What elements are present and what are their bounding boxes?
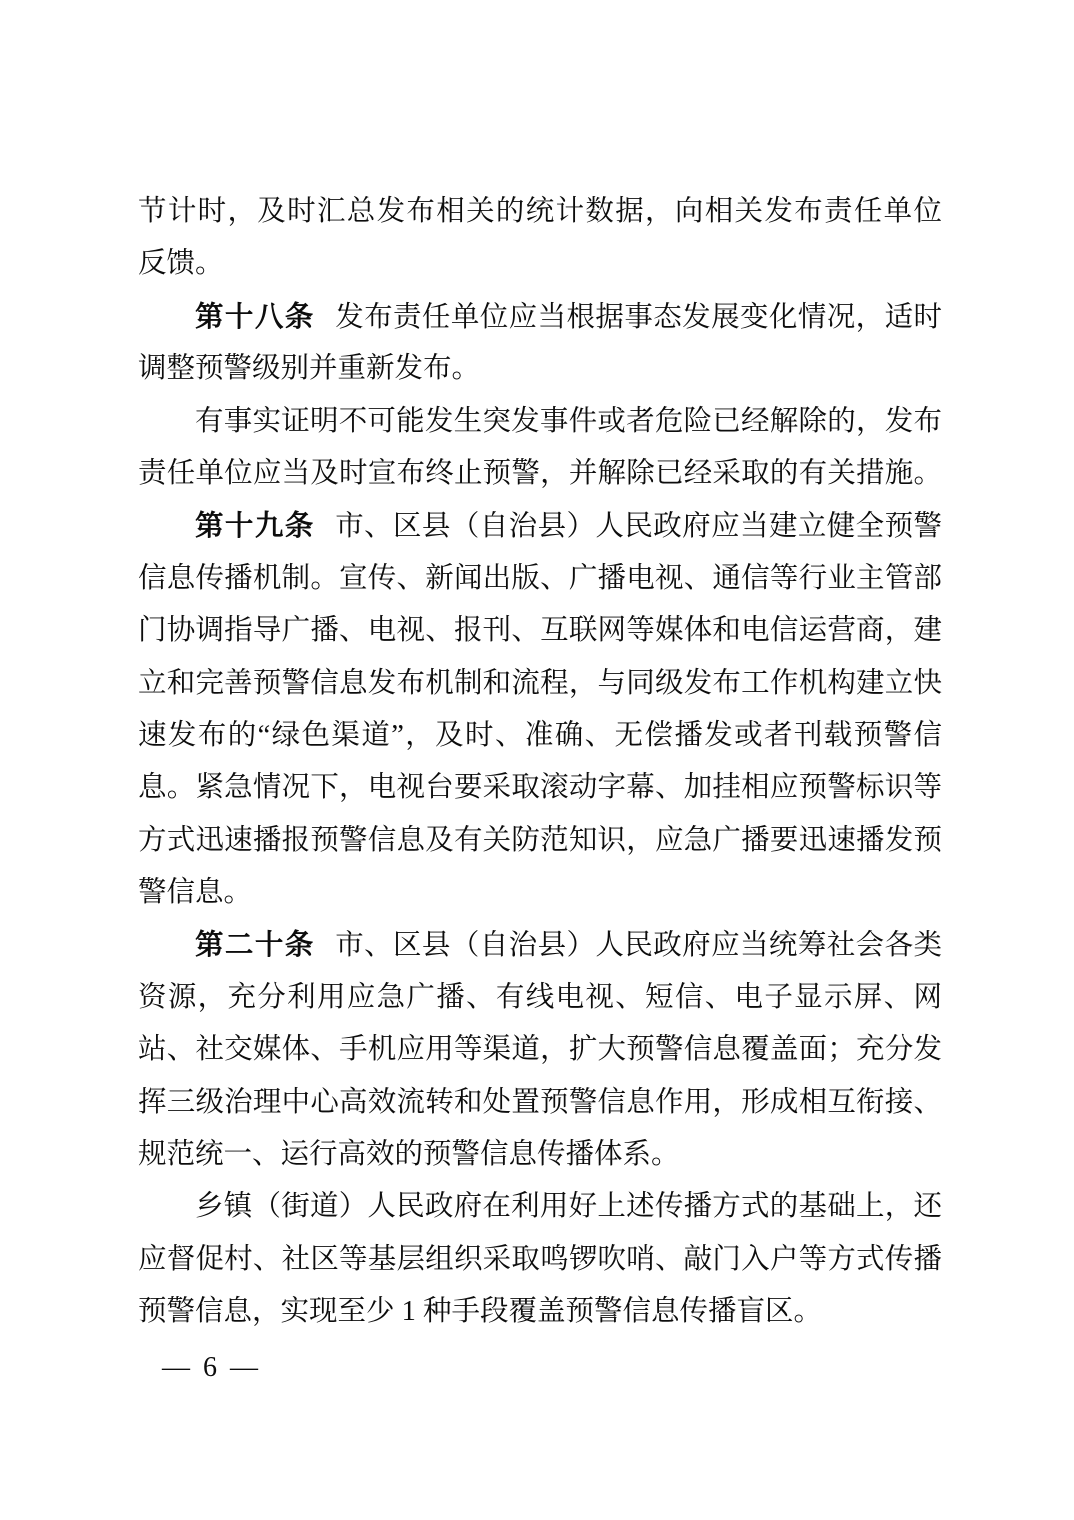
document-line: 预警信息，实现至少 1 种手段覆盖预警信息传播盲区。 bbox=[138, 1286, 942, 1338]
document-line: 信息传播机制。宣传、新闻出版、广播电视、通信等行业主管部 bbox=[138, 553, 942, 605]
document-line-article-19: 第十九条市、区县（自治县）人民政府应当建立健全预警 bbox=[138, 500, 942, 552]
article-18-heading: 第十八条 bbox=[195, 301, 315, 333]
document-line-article-20: 第二十条市、区县（自治县）人民政府应当统筹社会各类 bbox=[138, 919, 942, 971]
page-number: — 6 — bbox=[162, 1352, 261, 1384]
document-line: 警信息。 bbox=[138, 867, 942, 919]
article-20-heading: 第二十条 bbox=[195, 929, 315, 961]
document-line: 方式迅速播报预警信息及有关防范知识，应急广播要迅速播发预 bbox=[138, 815, 942, 867]
document-line: 门协调指导广播、电视、报刊、互联网等媒体和电信运营商，建 bbox=[138, 605, 942, 657]
line-text: 方式迅速播报预警信息及有关防范知识，应急广播要迅速播发预 bbox=[138, 825, 942, 856]
line-text: 发布责任单位应当根据事态发展变化情况，适时 bbox=[335, 302, 942, 333]
line-text: 站、社交媒体、手机应用等渠道，扩大预警信息覆盖面；充分发 bbox=[138, 1034, 942, 1065]
line-text: 警信息。 bbox=[138, 877, 252, 908]
line-text: 反馈。 bbox=[138, 248, 224, 279]
line-text: 市、区县（自治县）人民政府应当建立健全预警 bbox=[335, 511, 942, 542]
line-text: 速发布的“绿色渠道”，及时、准确、无偿播发或者刊载预警信 bbox=[138, 720, 942, 751]
document-page: 节计时，及时汇总发布相关的统计数据，向相关发布责任单位 反馈。 第十八条发布责任… bbox=[0, 0, 1074, 1520]
line-text: 挥三级治理中心高效流转和处置预警信息作用，形成相互衔接、 bbox=[138, 1087, 942, 1118]
article-19-heading: 第十九条 bbox=[195, 510, 315, 542]
line-text: 规范统一、运行高效的预警信息传播体系。 bbox=[138, 1139, 680, 1170]
line-text: 责任单位应当及时宣布终止预警，并解除已经采取的有关措施。 bbox=[138, 458, 942, 489]
document-line: 立和完善预警信息发布机制和流程，与同级发布工作机构建立快 bbox=[138, 658, 942, 710]
document-line: 速发布的“绿色渠道”，及时、准确、无偿播发或者刊载预警信 bbox=[138, 710, 942, 762]
line-text: 资源，充分利用应急广播、有线电视、短信、电子显示屏、网 bbox=[138, 982, 942, 1013]
document-body: 节计时，及时汇总发布相关的统计数据，向相关发布责任单位 反馈。 第十八条发布责任… bbox=[138, 186, 942, 1339]
line-text: 预警信息，实现至少 1 种手段覆盖预警信息传播盲区。 bbox=[138, 1296, 822, 1327]
line-text: 应督促村、社区等基层组织采取鸣锣吹哨、敲门入户等方式传播 bbox=[138, 1244, 942, 1275]
line-text: 息。紧急情况下，电视台要采取滚动字幕、加挂相应预警标识等 bbox=[138, 772, 942, 803]
page-number-label: — 6 — bbox=[162, 1352, 261, 1383]
document-line: 应督促村、社区等基层组织采取鸣锣吹哨、敲门入户等方式传播 bbox=[138, 1234, 942, 1286]
line-text: 立和完善预警信息发布机制和流程，与同级发布工作机构建立快 bbox=[138, 668, 942, 699]
line-text: 市、区县（自治县）人民政府应当统筹社会各类 bbox=[335, 930, 942, 961]
document-line: 责任单位应当及时宣布终止预警，并解除已经采取的有关措施。 bbox=[138, 448, 942, 500]
document-line: 资源，充分利用应急广播、有线电视、短信、电子显示屏、网 bbox=[138, 972, 942, 1024]
document-line: 规范统一、运行高效的预警信息传播体系。 bbox=[138, 1129, 942, 1181]
document-line: 息。紧急情况下，电视台要采取滚动字幕、加挂相应预警标识等 bbox=[138, 762, 942, 814]
line-text: 信息传播机制。宣传、新闻出版、广播电视、通信等行业主管部 bbox=[138, 563, 942, 594]
line-text: 有事实证明不可能发生突发事件或者危险已经解除的，发布 bbox=[195, 406, 942, 437]
document-line: 站、社交媒体、手机应用等渠道，扩大预警信息覆盖面；充分发 bbox=[138, 1024, 942, 1076]
document-line-article-18: 第十八条发布责任单位应当根据事态发展变化情况，适时 bbox=[138, 291, 942, 343]
line-text: 乡镇（街道）人民政府在利用好上述传播方式的基础上，还 bbox=[195, 1191, 942, 1222]
document-line: 有事实证明不可能发生突发事件或者危险已经解除的，发布 bbox=[138, 396, 942, 448]
document-line: 乡镇（街道）人民政府在利用好上述传播方式的基础上，还 bbox=[138, 1181, 942, 1233]
document-line: 挥三级治理中心高效流转和处置预警信息作用，形成相互衔接、 bbox=[138, 1077, 942, 1129]
document-line: 调整预警级别并重新发布。 bbox=[138, 343, 942, 395]
document-line: 反馈。 bbox=[138, 238, 942, 290]
document-line: 节计时，及时汇总发布相关的统计数据，向相关发布责任单位 bbox=[138, 186, 942, 238]
line-text: 调整预警级别并重新发布。 bbox=[138, 353, 480, 384]
line-text: 节计时，及时汇总发布相关的统计数据，向相关发布责任单位 bbox=[138, 196, 942, 227]
line-text: 门协调指导广播、电视、报刊、互联网等媒体和电信运营商，建 bbox=[138, 615, 942, 646]
